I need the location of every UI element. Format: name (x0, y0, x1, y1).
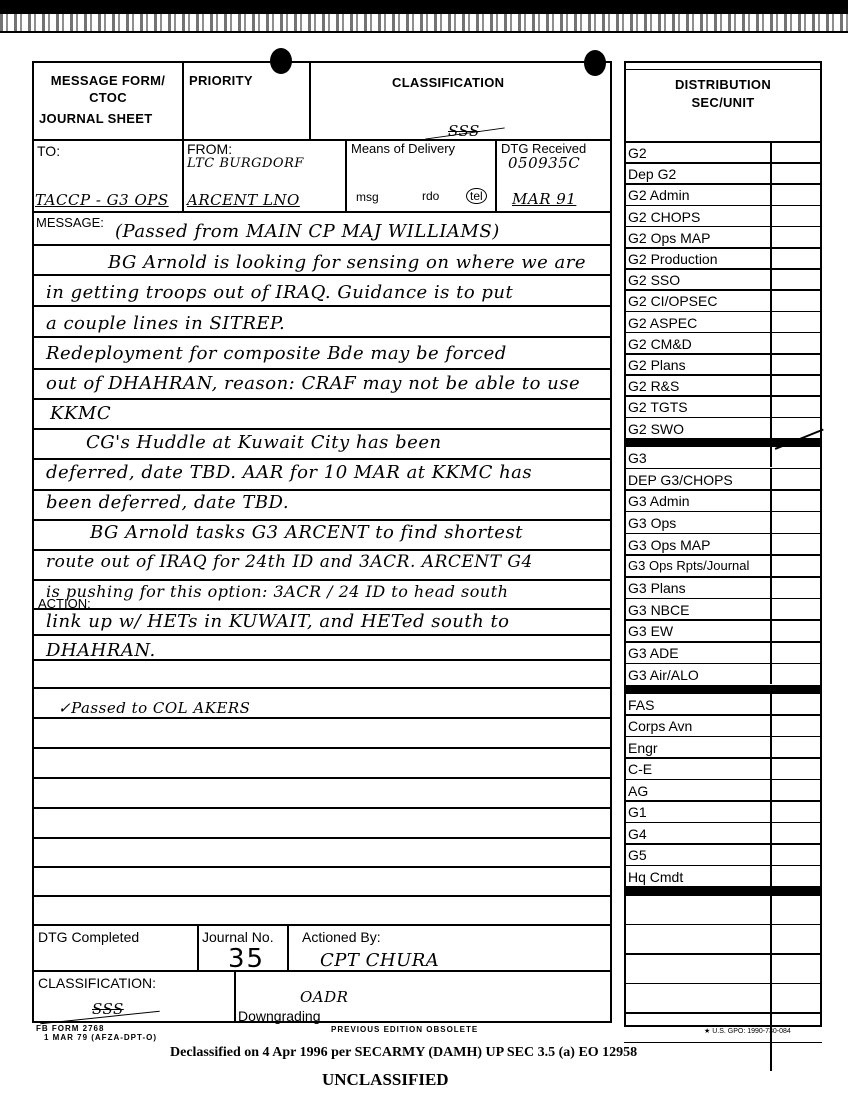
message-line[interactable]: out of DHAHRAN, reason: CRAF may not be … (46, 373, 580, 394)
divider (495, 139, 497, 213)
divider (287, 924, 289, 971)
distribution-check-box[interactable] (770, 374, 822, 395)
ruled-line (32, 895, 612, 897)
message-line[interactable]: BG Arnold tasks G3 ARCENT to find shorte… (90, 522, 523, 543)
divider (309, 61, 311, 141)
distribution-title: DISTRIBUTION SEC/UNIT (626, 76, 820, 112)
ruled-line (32, 305, 612, 307)
distribution-check-box[interactable] (770, 417, 822, 438)
divider (32, 924, 612, 926)
distribution-label: Corps Avn (628, 718, 692, 734)
distribution-check-box[interactable] (770, 353, 822, 374)
distribution-check-box[interactable] (770, 779, 822, 801)
distribution-label: Hq Cmdt (628, 869, 683, 885)
ruled-line (32, 837, 612, 839)
distribution-label: G3 Admin (628, 493, 689, 509)
distribution-label: G3 Ops MAP (628, 537, 710, 553)
distribution-label: G2 Ops MAP (628, 230, 710, 246)
distribution-check-box[interactable] (770, 332, 822, 353)
ruled-line (32, 458, 612, 460)
ruled-line (32, 717, 612, 719)
dtg-received-value[interactable]: 050935C (508, 154, 580, 172)
classification-label: CLASSIFICATION (392, 75, 504, 90)
action-line[interactable]: ✓Passed to COL AKERS (58, 699, 250, 717)
distribution-check-box[interactable] (770, 800, 822, 822)
ruled-line (32, 608, 612, 610)
message-line[interactable]: a couple lines in SITREP. (46, 313, 285, 334)
form-number: FB FORM 2768 1 MAR 79 (AFZA-DPT-O) (36, 1024, 157, 1042)
distribution-label: DEP G3/CHOPS (628, 472, 733, 488)
message-line[interactable]: Redeployment for composite Bde may be fo… (46, 343, 507, 364)
distribution-label: G2 TGTS (628, 399, 688, 415)
distribution-label: AG (628, 783, 648, 799)
distribution-check-box[interactable] (770, 446, 822, 468)
divider (624, 69, 822, 70)
divider (182, 139, 184, 213)
distribution-label: Engr (628, 740, 658, 756)
distribution-check-box[interactable] (770, 822, 822, 844)
distribution-label: G1 (628, 804, 647, 820)
message-line[interactable]: in getting troops out of IRAQ. Guidance … (46, 282, 513, 303)
means-option-msg[interactable]: msg (356, 190, 379, 204)
scan-edge-line (0, 31, 848, 33)
ruled-line (32, 428, 612, 430)
distribution-label: G2 CM&D (628, 336, 692, 352)
ruled-line (32, 244, 612, 246)
ruled-line (32, 274, 612, 276)
distribution-label: G2 Plans (628, 357, 686, 373)
means-of-delivery-label: Means of Delivery (351, 141, 455, 156)
distribution-check-box[interactable] (770, 865, 822, 887)
message-line[interactable]: deferred, date TBD. AAR for 10 MAR at KK… (46, 462, 532, 483)
form-number-text: FB FORM 2768 (36, 1024, 157, 1033)
distribution-label: G2 Production (628, 251, 718, 267)
ruled-line (32, 747, 612, 749)
message-line[interactable]: CG's Huddle at Kuwait City has been (86, 432, 442, 453)
distribution-label: Dep G2 (628, 166, 676, 182)
distribution-label: G3 Air/ALO (628, 667, 699, 683)
message-line[interactable]: link up w/ HETs in KUWAIT, and HETed sou… (46, 611, 510, 632)
ruled-line (32, 579, 612, 581)
bottom-classification-label: CLASSIFICATION: (38, 975, 156, 991)
divider (182, 61, 184, 141)
distribution-check-box[interactable] (770, 693, 822, 715)
ruled-line (32, 634, 612, 636)
distribution-label: G2 ASPEC (628, 315, 697, 331)
scan-top-edge (0, 0, 848, 14)
downgrading-label: Downgrading (238, 1008, 321, 1024)
ruled-line (32, 549, 612, 551)
distribution-check-box[interactable] (770, 141, 822, 162)
distribution-check-box[interactable] (770, 843, 822, 865)
distribution-label: G3 ADE (628, 645, 679, 661)
previous-edition-note: PREVIOUS EDITION OBSOLETE (331, 1025, 478, 1034)
to-label: TO: (37, 143, 60, 159)
journal-no-label: Journal No. (202, 929, 274, 945)
distribution-label: G3 Plans (628, 580, 686, 596)
scan-torn-edge (0, 14, 848, 32)
message-line[interactable]: (Passed from MAIN CP MAJ WILLIAMS) (115, 221, 500, 242)
distribution-label: G2 R&S (628, 378, 679, 394)
ruled-line (32, 807, 612, 809)
form-title-line: CTOC (34, 89, 182, 106)
actioned-by-label: Actioned By: (302, 929, 381, 945)
means-option-rdo[interactable]: rdo (422, 189, 439, 203)
distribution-label: G3 (628, 450, 647, 466)
ruled-line (32, 519, 612, 521)
distribution-check-box[interactable] (770, 924, 822, 954)
distribution-label: G2 CI/OPSEC (628, 293, 717, 309)
distribution-label: G2 CHOPS (628, 209, 700, 225)
distribution-check-box[interactable] (770, 757, 822, 779)
message-line[interactable]: is pushing for this option: 3ACR / 24 ID… (46, 582, 508, 601)
group-separator (624, 886, 822, 894)
divider (234, 970, 236, 1023)
distribution-check-box[interactable] (770, 663, 822, 685)
from-label: FROM: (187, 141, 232, 157)
distribution-check-box[interactable] (770, 953, 822, 983)
distribution-check-box[interactable] (770, 268, 822, 289)
unclassified-stamp: UNCLASSIFIED (322, 1070, 449, 1090)
distribution-label: G5 (628, 847, 647, 863)
distribution-check-box[interactable] (770, 554, 822, 576)
ruled-line (32, 777, 612, 779)
distribution-check-box[interactable] (770, 247, 822, 268)
message-line[interactable]: DHAHRAN. (46, 640, 156, 661)
form-title-line: MESSAGE FORM/ (34, 72, 182, 89)
distribution-label: G2 (628, 145, 647, 161)
ruled-line (32, 866, 612, 868)
ruled-line (32, 368, 612, 370)
distribution-check-box[interactable] (770, 395, 822, 416)
divider (197, 924, 199, 971)
means-option-tel[interactable]: tel (466, 188, 487, 204)
distribution-label: G3 Ops (628, 515, 676, 531)
action-label: ACTION: (38, 598, 91, 610)
distribution-label: G2 Admin (628, 187, 689, 203)
to-value[interactable]: TACCP - G3 OPS (35, 191, 169, 209)
priority-label: PRIORITY (189, 73, 253, 88)
distribution-check-box[interactable] (770, 598, 822, 620)
group-separator (624, 685, 822, 693)
distribution-check-box[interactable] (770, 714, 822, 736)
distribution-label: G3 Ops Rpts/Journal (628, 558, 749, 573)
ruled-line (32, 398, 612, 400)
message-line[interactable]: KKMC (50, 403, 111, 424)
declassified-stamp: Declassified on 4 Apr 1996 per SECARMY (… (170, 1045, 637, 1061)
distribution-check-box[interactable] (770, 983, 822, 1013)
journal-no-value[interactable]: 35 (228, 944, 265, 974)
ruled-line (32, 687, 612, 689)
ruled-line (32, 489, 612, 491)
distribution-title-line: SEC/UNIT (626, 94, 820, 112)
dtg-received-month[interactable]: MAR 91 (512, 190, 576, 208)
distribution-check-box[interactable] (770, 641, 822, 663)
priority-field[interactable] (190, 92, 302, 132)
message-line[interactable]: route out of IRAQ for 24th ID and 3ACR. … (46, 552, 533, 572)
distribution-check-box[interactable] (770, 533, 822, 555)
distribution-check-box[interactable] (770, 1012, 822, 1042)
divider (345, 139, 347, 213)
divider (32, 211, 612, 213)
distribution-label: G3 EW (628, 623, 673, 639)
message-line[interactable]: BG Arnold is looking for sensing on wher… (108, 252, 586, 273)
distribution-check-box[interactable] (770, 468, 822, 490)
distribution-check-box[interactable] (770, 226, 822, 247)
distribution-check-box[interactable] (770, 311, 822, 332)
actioned-by-value[interactable]: CPT CHURA (320, 950, 439, 971)
distribution-label: FAS (628, 697, 654, 713)
distribution-label: G3 NBCE (628, 602, 689, 618)
message-label: MESSAGE: (36, 215, 104, 230)
distribution-check-box[interactable] (770, 489, 822, 511)
distribution-check-box[interactable] (770, 894, 822, 924)
form-title: MESSAGE FORM/ CTOC JOURNAL SHEET (34, 72, 182, 127)
distribution-label: C-E (628, 761, 652, 777)
ruled-line (32, 336, 612, 338)
dtg-completed-field[interactable] (40, 946, 190, 966)
distribution-label: G2 SSO (628, 272, 680, 288)
distribution-check-box[interactable] (770, 205, 822, 226)
distribution-label: G2 SWO (628, 421, 684, 437)
from-name[interactable]: LTC BURGDORF (187, 156, 304, 171)
distribution-check-box[interactable] (770, 736, 822, 758)
distribution-check-box[interactable] (770, 183, 822, 204)
distribution-check-box[interactable] (770, 511, 822, 533)
message-line[interactable]: been deferred, date TBD. (46, 492, 289, 513)
distribution-check-box[interactable] (770, 162, 822, 183)
distribution-title-line: DISTRIBUTION (626, 76, 820, 94)
dtg-completed-label: DTG Completed (38, 929, 139, 945)
from-unit[interactable]: ARCENT LNO (187, 191, 300, 209)
distribution-label: G4 (628, 826, 647, 842)
distribution-check-box[interactable] (770, 1042, 822, 1072)
downgrading-value[interactable]: OADR (300, 988, 348, 1006)
distribution-check-box[interactable] (770, 289, 822, 310)
distribution-check-box[interactable] (770, 576, 822, 598)
form-title-line: JOURNAL SHEET (34, 110, 182, 127)
distribution-check-box[interactable] (770, 619, 822, 641)
form-date-text: 1 MAR 79 (AFZA-DPT-O) (36, 1033, 157, 1042)
